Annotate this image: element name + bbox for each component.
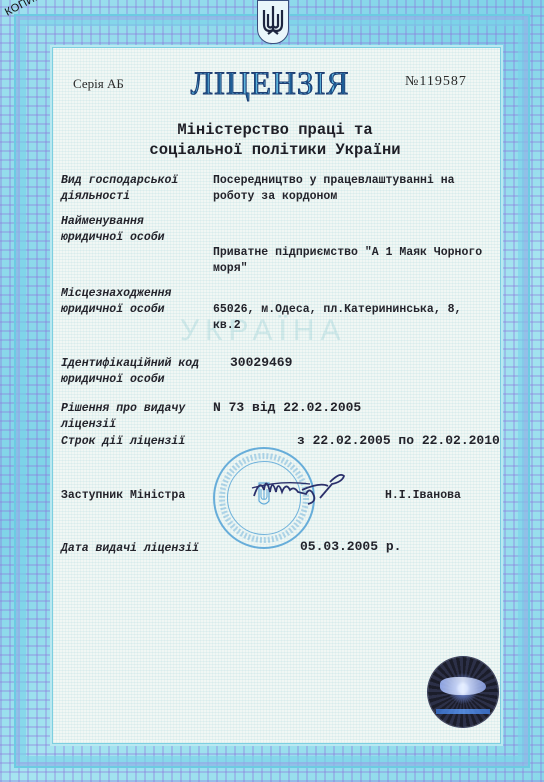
issue-date-value: 05.03.2005 р. xyxy=(300,539,401,555)
label-line: Найменування xyxy=(61,214,165,230)
value-line: роботу за кордоном xyxy=(213,189,455,205)
issuer-line-2: соціальної політики України xyxy=(100,140,450,160)
value-line: 65026, м.Одеса, пл.Катерининська, 8, xyxy=(213,302,461,318)
field-value-decision: N 73 від 22.02.2005 xyxy=(213,400,361,416)
field-value-validity: з 22.02.2005 по 22.02.2010 xyxy=(297,433,500,449)
label-line: Вид господарської xyxy=(61,173,178,189)
label-line: Рішення про видачу xyxy=(61,401,185,417)
field-label-validity: Строк дії ліцензії xyxy=(61,434,185,450)
label-line: Місцезнаходження xyxy=(61,286,171,302)
label-line: Строк дії ліцензії xyxy=(61,434,185,450)
label-line: юридичної особи xyxy=(61,302,171,318)
signatory-position: Заступник Міністра xyxy=(61,488,185,504)
license-number: №119587 xyxy=(405,74,467,90)
value-line: Посередництво у працевлаштуванні на xyxy=(213,173,455,189)
field-value-entity-name: Приватне підприємство "А 1 Маяк Чорного … xyxy=(213,245,482,277)
label-line: юридичної особи xyxy=(61,230,165,246)
document-title: ЛІЦЕНЗІЯ xyxy=(180,66,360,102)
security-hologram-icon xyxy=(428,657,498,727)
field-label-id-code: Ідентифікаційний код юридичної особи xyxy=(61,356,199,388)
issuer-name: Міністерство праці та соціальної політик… xyxy=(100,120,450,160)
field-value-activity: Посередництво у працевлаштуванні на робо… xyxy=(213,173,455,205)
label-line: діяльності xyxy=(61,189,178,205)
series-label: Серія АБ xyxy=(73,76,124,92)
value-line: кв.2 xyxy=(213,318,461,334)
label-line: юридичної особи xyxy=(61,372,199,388)
hologram-strip xyxy=(436,709,490,714)
field-value-id-code: 30029469 xyxy=(230,355,292,371)
issue-date-label: Дата видачі ліцензії xyxy=(61,541,199,557)
issuer-line-1: Міністерство праці та xyxy=(100,120,450,140)
coat-of-arms-icon xyxy=(257,0,289,44)
handwritten-signature xyxy=(250,468,350,508)
hologram-map xyxy=(440,677,486,695)
field-label-address: Місцезнаходження юридичної особи xyxy=(61,286,171,318)
value-line: 30029469 xyxy=(230,355,292,371)
field-label-decision: Рішення про видачу ліцензії xyxy=(61,401,185,433)
label-line: ліцензії xyxy=(61,417,185,433)
label-line: Ідентифікаційний код xyxy=(61,356,199,372)
signatory-name: Н.І.Іванова xyxy=(385,488,461,504)
value-line: N 73 від 22.02.2005 xyxy=(213,400,361,416)
value-line: з 22.02.2005 по 22.02.2010 xyxy=(297,433,500,449)
field-label-activity: Вид господарської діяльності xyxy=(61,173,178,205)
field-value-address: 65026, м.Одеса, пл.Катерининська, 8, кв.… xyxy=(213,302,461,334)
field-label-entity-name: Найменування юридичної особи xyxy=(61,214,165,246)
value-line: моря" xyxy=(213,261,482,277)
value-line: Приватне підприємство "А 1 Маяк Чорного xyxy=(213,245,482,261)
